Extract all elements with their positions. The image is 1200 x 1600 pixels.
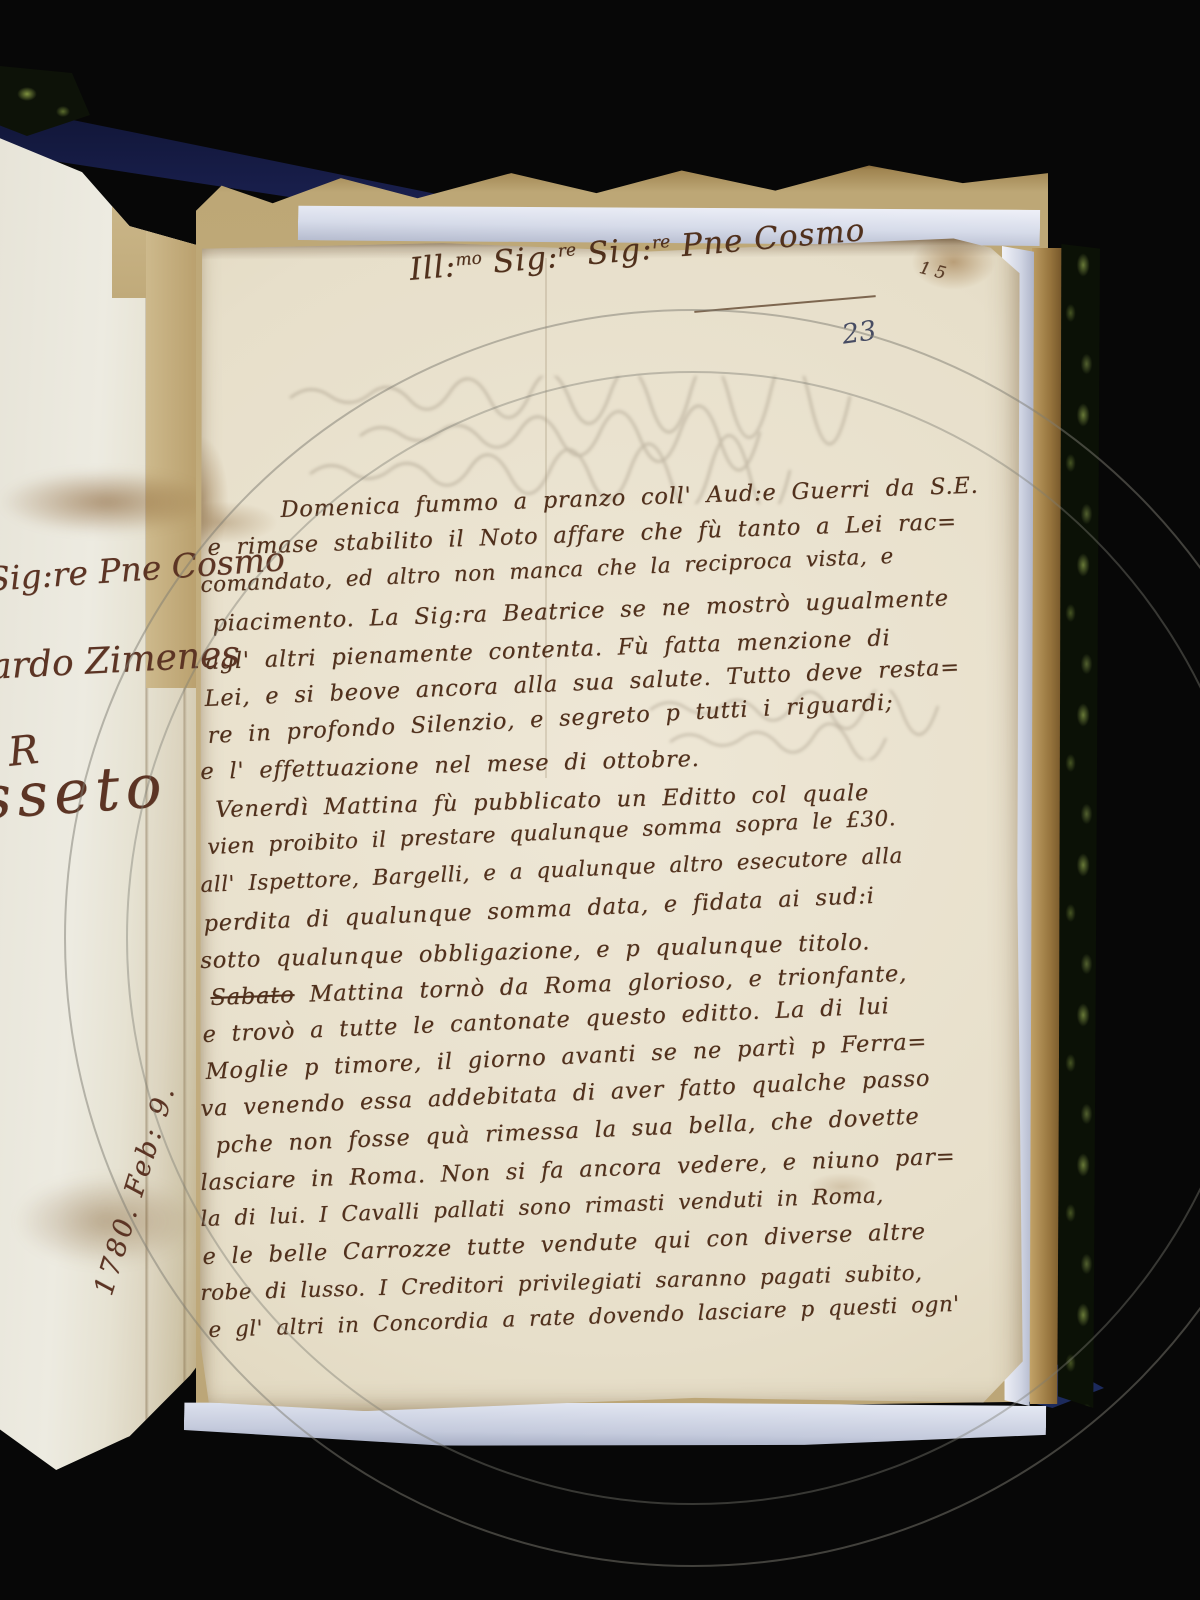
left-page-fragment: sseto — [0, 751, 170, 834]
struck-word: Sabato — [210, 982, 295, 1011]
salutation-part: Sig: — [481, 239, 560, 282]
paper-stain — [0, 470, 212, 534]
salutation-superscript: re — [651, 232, 671, 254]
marbled-cover-band — [1058, 244, 1100, 1408]
folio-number: 23 — [840, 315, 878, 350]
salutation-superscript: mo — [455, 248, 483, 270]
photo-of-bound-letter: Ill:mo Sig:re Sig:re Pne Cosmo 15 23 Dom… — [0, 0, 1200, 1600]
salutation-part: Sig: — [575, 231, 654, 274]
salutation-superscript: re — [557, 240, 577, 262]
paper-crease — [545, 258, 547, 778]
salutation-part: Ill: — [408, 248, 457, 288]
